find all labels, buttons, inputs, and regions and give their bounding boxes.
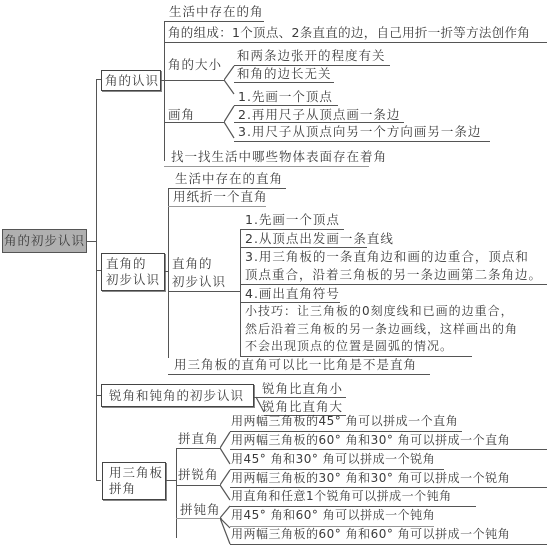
node-angle-size[interactable]: 角的大小 bbox=[168, 57, 222, 72]
node-co1[interactable]: 用直角和任意1个锐角可以拼成一个钝角 bbox=[231, 489, 452, 504]
node-cr2[interactable]: 用两幅三角板的60° 角和30° 角可以拼成一个直角 bbox=[231, 433, 510, 448]
node-rstep1[interactable]: 1.先画一个顶点 bbox=[245, 212, 340, 227]
node-draw-step2[interactable]: 2.再用尺子从顶点画一条边 bbox=[238, 107, 400, 122]
node-find-angles[interactable]: 找一找生活中哪些物体表面存在着角 bbox=[171, 149, 387, 164]
connector bbox=[86, 241, 96, 242]
underline bbox=[234, 105, 338, 106]
underline bbox=[230, 469, 444, 470]
underline bbox=[234, 122, 404, 123]
underline bbox=[164, 122, 224, 123]
branch-combine-angles[interactable]: 用三角板 拼角 bbox=[102, 462, 166, 500]
node-co3[interactable]: 用两幅三角板的60° 角和60° 角可以拼成一个钝角 bbox=[231, 527, 510, 542]
main-spine bbox=[96, 79, 97, 411]
node-rstep3-line2[interactable]: 顶点重合，沿着三角板的另一条边画第二条角边。 bbox=[245, 267, 542, 282]
underline bbox=[164, 21, 264, 22]
underline bbox=[176, 518, 222, 519]
underline bbox=[240, 229, 344, 230]
node-rstep2[interactable]: 2.从顶点出发画一条直线 bbox=[245, 231, 394, 246]
node-draw-right-angle-line2[interactable]: 初步认识 bbox=[172, 274, 226, 289]
underline bbox=[240, 302, 340, 303]
branch-label: 锐角和钝角的初步认识 bbox=[109, 388, 244, 403]
underline bbox=[234, 82, 334, 83]
node-fold-right-angle[interactable]: 用纸折一个直角 bbox=[173, 189, 268, 204]
node-life-angle[interactable]: 生活中存在的角 bbox=[169, 4, 264, 19]
branch-angle-recognition[interactable]: 角的认识 bbox=[101, 70, 161, 91]
main-spine-end bbox=[96, 411, 97, 481]
node-draw-right-angle-line1[interactable]: 直角的 bbox=[172, 256, 213, 271]
node-rstep3-line1[interactable]: 3.用三角板的一条直角边和画的边重合，顶点和 bbox=[245, 249, 529, 264]
underline bbox=[164, 42, 547, 43]
node-size-opening[interactable]: 和两条边张开的程度有关 bbox=[237, 48, 386, 63]
node-rstep4[interactable]: 4.画出直角符号 bbox=[245, 286, 340, 301]
branch-label-line2: 初步认识 bbox=[106, 272, 160, 287]
underline bbox=[230, 506, 476, 507]
root-label: 角的初步认识 bbox=[4, 233, 85, 248]
node-compare-right-angle[interactable]: 用三角板的直角可以比一比角是不是直角 bbox=[174, 357, 417, 372]
underline bbox=[168, 374, 430, 375]
branch-spine bbox=[176, 448, 177, 538]
underline bbox=[230, 449, 547, 450]
underline bbox=[168, 291, 240, 292]
connector bbox=[166, 480, 176, 481]
underline bbox=[240, 247, 367, 248]
underline bbox=[164, 166, 369, 167]
branch-label-line1: 用三角板 bbox=[109, 465, 163, 480]
node-angle-composition[interactable]: 角的组成：1个顶点、2条直直的边，自己用折一折等方法创作角 bbox=[168, 25, 530, 40]
node-combine-right[interactable]: 拼直角 bbox=[178, 431, 219, 446]
branch-label: 角的认识 bbox=[105, 73, 159, 88]
underline bbox=[258, 397, 346, 398]
sub-spine bbox=[240, 229, 241, 357]
node-acute-larger[interactable]: 锐角比直角大 bbox=[262, 399, 343, 414]
node-life-right-angle[interactable]: 生活中存在的直角 bbox=[175, 171, 283, 186]
branch-label-line1: 直角的 bbox=[106, 256, 147, 271]
branch-acute-obtuse[interactable]: 锐角和钝角的初步认识 bbox=[101, 384, 254, 407]
underline bbox=[164, 80, 224, 81]
underline bbox=[234, 141, 490, 142]
node-tip-line1[interactable]: 小技巧：让三角板的0刻度线和已画的边重合， bbox=[245, 304, 514, 319]
node-ca2[interactable]: 用两幅三角板的30° 角和30° 角可以拼成一个锐角 bbox=[231, 471, 510, 486]
underline bbox=[230, 544, 547, 545]
node-size-edge[interactable]: 和角的边长无关 bbox=[237, 66, 332, 81]
underline bbox=[230, 487, 547, 488]
node-co2[interactable]: 用45° 角和60° 角可以拼成一个钝角 bbox=[231, 508, 435, 523]
node-draw-step1[interactable]: 1.先画一个顶点 bbox=[238, 89, 333, 104]
node-acute-smaller[interactable]: 锐角比直角小 bbox=[262, 381, 343, 396]
branch-spine bbox=[168, 188, 169, 358]
node-combine-acute[interactable]: 拼锐角 bbox=[178, 467, 219, 482]
node-draw-angle[interactable]: 画角 bbox=[168, 107, 195, 122]
fork-connector bbox=[224, 64, 236, 96]
node-tip-line2[interactable]: 然后沿着三角板的另一条边画线，这样画出的角 bbox=[245, 322, 518, 337]
root-node[interactable]: 角的初步认识 bbox=[2, 229, 87, 253]
underline bbox=[168, 206, 266, 207]
node-draw-step3[interactable]: 3.用尺子从顶点向另一个方向画另一条边 bbox=[238, 124, 481, 139]
node-cr1[interactable]: 用两幅三角板的45° 角可以拼成一个直角 bbox=[231, 414, 458, 429]
branch-right-angle[interactable]: 直角的 初步认识 bbox=[101, 253, 165, 291]
underline bbox=[230, 431, 462, 432]
branch-label-line2: 拼角 bbox=[109, 481, 136, 496]
underline bbox=[240, 284, 547, 285]
underline bbox=[176, 485, 220, 486]
node-ca1[interactable]: 用45° 角和30° 角可以拼成一个锐角 bbox=[231, 452, 435, 467]
underline bbox=[176, 448, 220, 449]
node-combine-obtuse[interactable]: 拼钝角 bbox=[180, 502, 221, 517]
node-tip-line3[interactable]: 不会出现顶点的位置是圆弧的情况。 bbox=[245, 339, 453, 354]
